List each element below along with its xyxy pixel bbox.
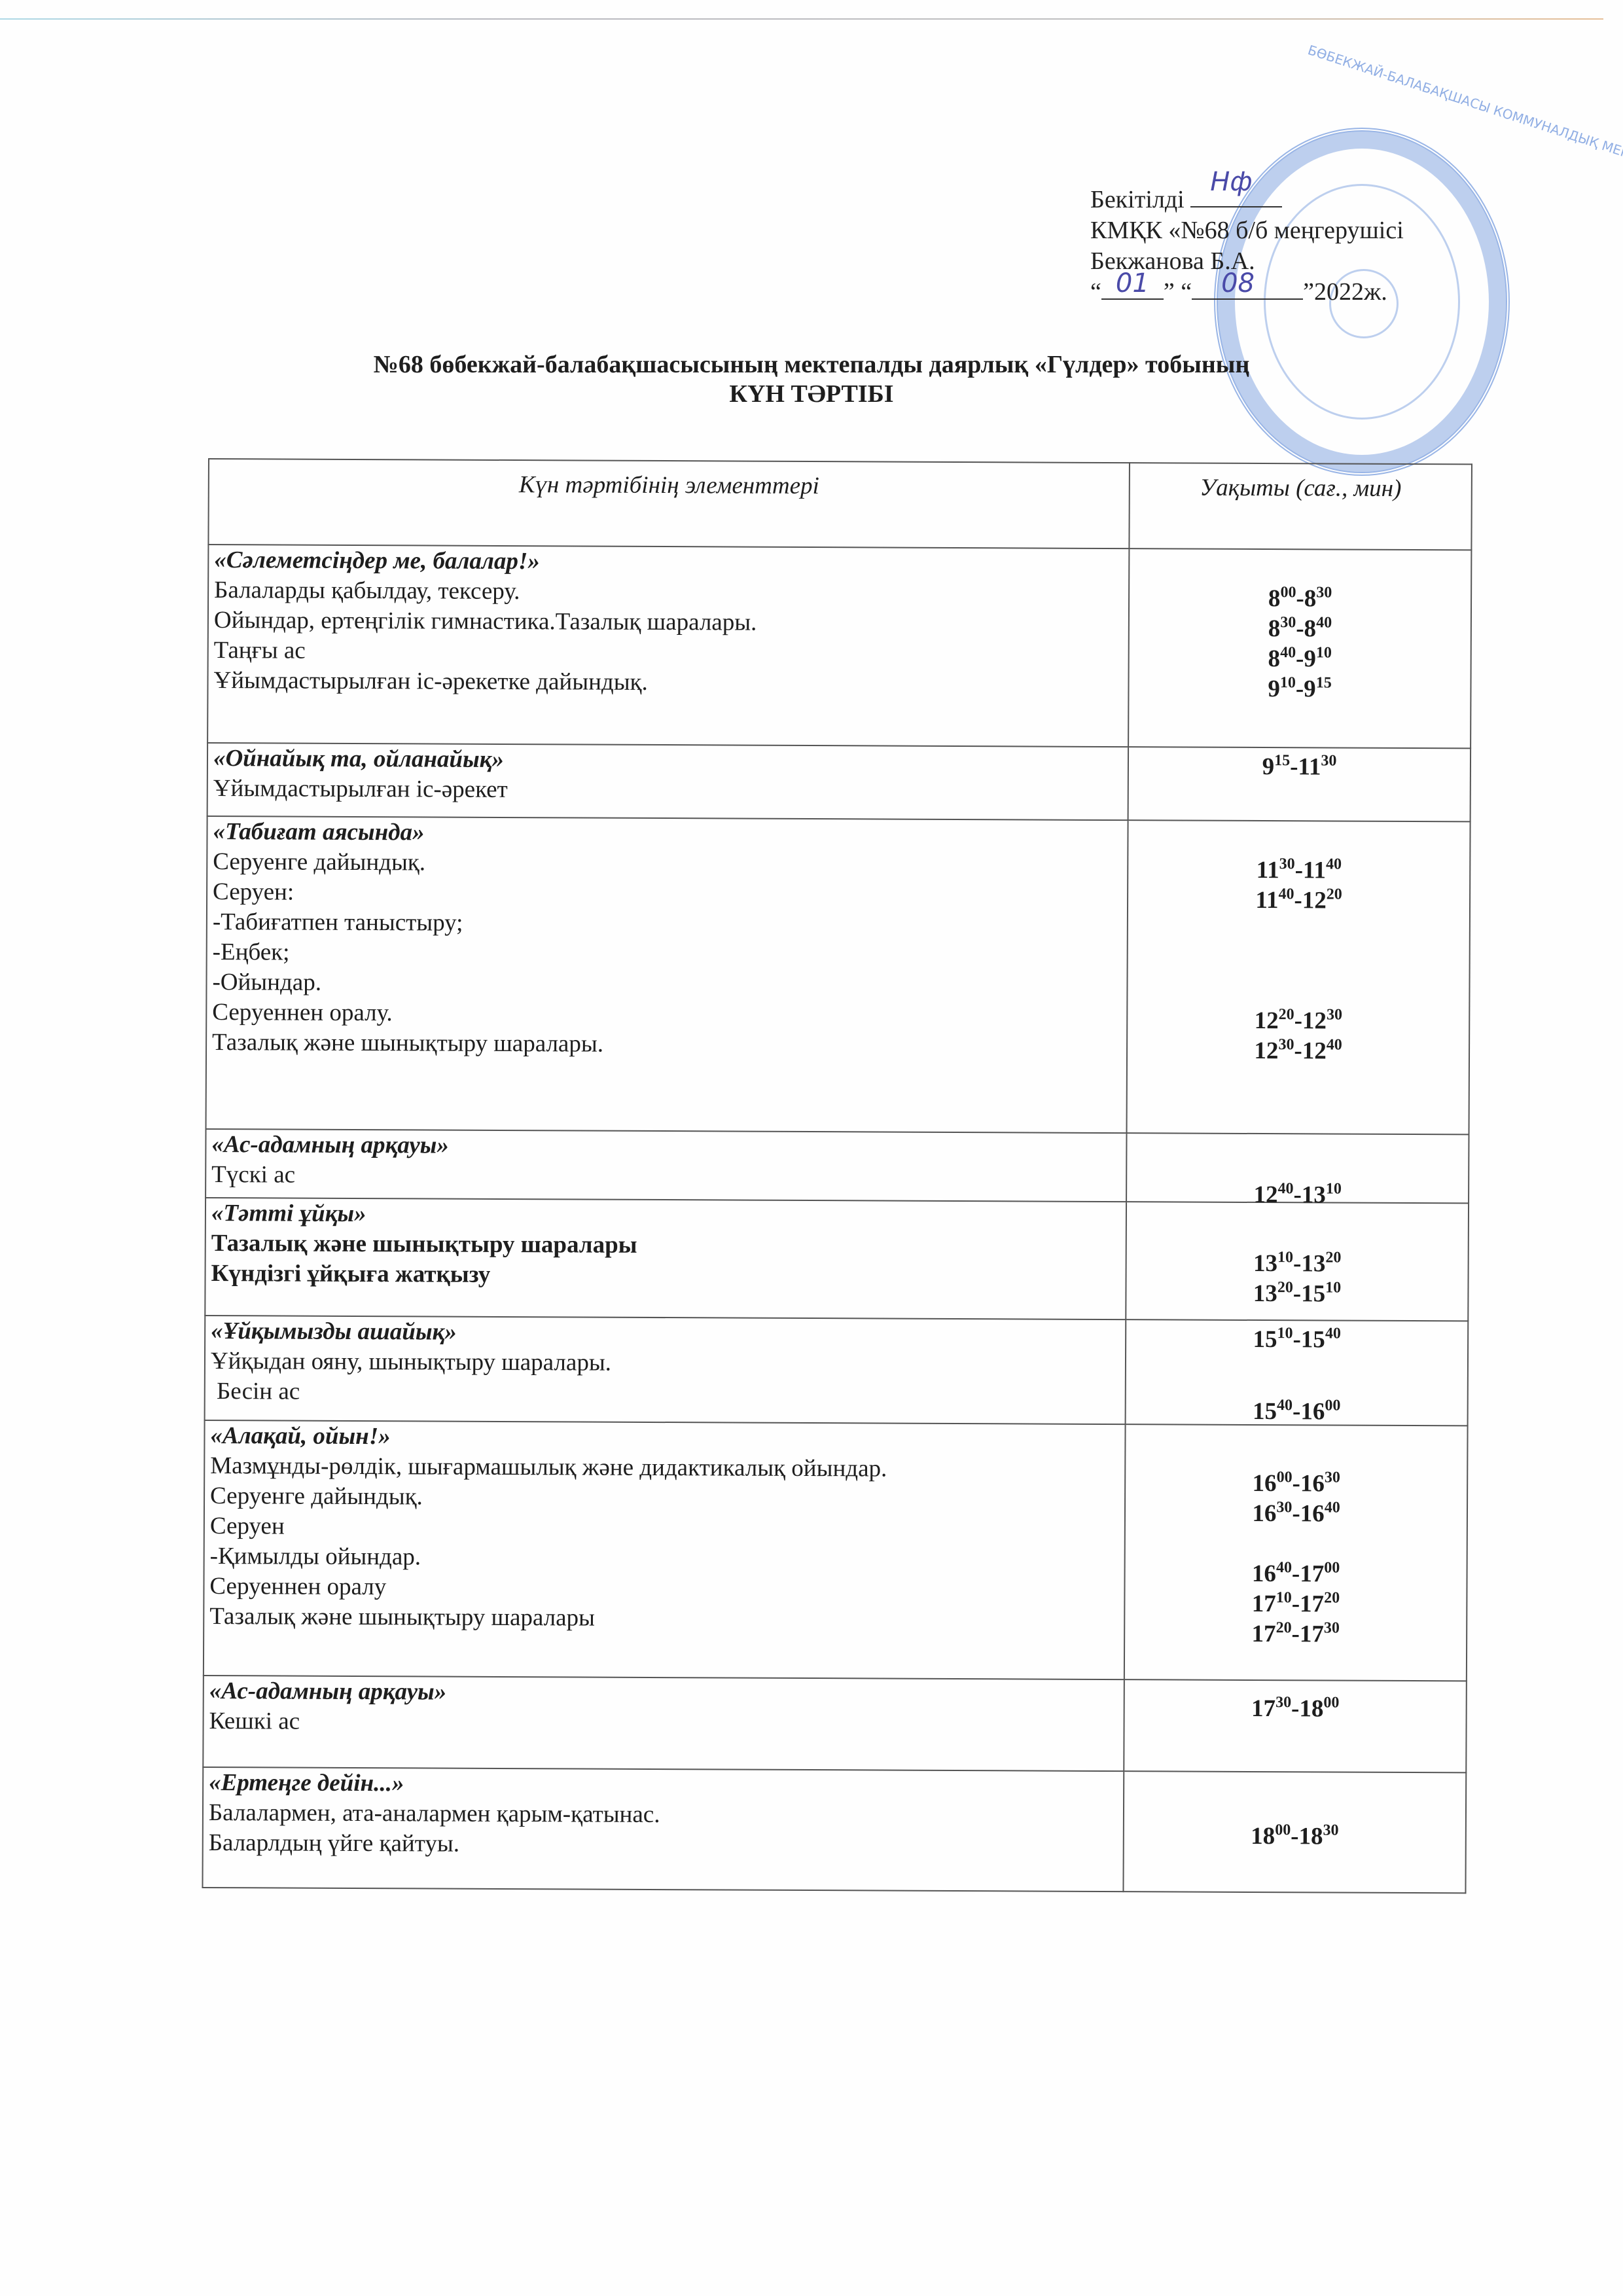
activity-cell: «Ас-адамның арқауы»Түскі ас [205,1129,1127,1202]
time-range: 1510-1540 [1126,1324,1467,1355]
time-from-hour: 17 [1251,1621,1275,1647]
scan-artifact-line [0,18,1603,20]
activity-item: Серуеннен оралу [209,1571,1118,1605]
time-to-hour: 9 [1304,645,1316,672]
time-separator: - [1294,887,1302,914]
section-title: «Ас-адамның арқауы» [209,1676,1118,1710]
time-to-hour: 8 [1304,615,1317,642]
time-separator: - [1296,675,1304,702]
time-to-hour: 12 [1302,1007,1327,1034]
time-cell: 1130-11401140-12201220-12301230-1240 [1127,820,1471,1134]
table-row: «Тәтті ұйқы»Тазалық және шынықтыру шарал… [205,1198,1469,1321]
activity-item: Баларлдың үйге қайтуы. [209,1828,1118,1862]
time-separator: - [1293,1399,1301,1426]
activity-cell: «Ойнайық та, ойланайық»Ұйымдастырылған і… [207,743,1129,820]
date-day: 01 [1116,268,1149,299]
table-row: «Сәлеметсіңдер ме, балалар!»Балаларды қа… [207,545,1471,748]
activity-item: Ұйқыдан ояну, шынықтыру шаралары. [211,1346,1120,1380]
time-to-minute: 20 [1324,1589,1340,1606]
time-separator: - [1295,857,1304,884]
time-cell: 800-830830-840840-910910-915 [1128,548,1471,748]
activity-item: Таңғы ас [214,636,1123,670]
activity-item: Ойындар, ертеңгілік гимнастика.Тазалық ш… [214,605,1123,639]
time-range: 1630-1640 [1126,1498,1467,1530]
time-to-minute: 20 [1327,886,1342,903]
activity-item: Балалармен, ата-аналармен қарым-қатынас. [209,1798,1118,1832]
activity-cell: «Ұйқымызды ашайық»Ұйқыдан ояну, шынықтыр… [205,1316,1126,1424]
time-range: 1130-1140 [1128,855,1469,886]
time-from-minute: 30 [1278,1036,1294,1053]
time-from-minute: 10 [1280,674,1296,691]
activity-item: Бесін ас [211,1376,1120,1410]
time-from-hour: 9 [1262,753,1275,780]
signature-field: Нф [1190,187,1282,207]
time-to-hour: 12 [1302,887,1327,914]
table-row: «Ұйқымызды ашайық»Ұйқыдан ояну, шынықтыр… [205,1316,1469,1426]
time-cell: 1240-1310 [1126,1133,1469,1203]
time-separator: - [1292,1470,1300,1497]
time-separator: - [1293,1281,1302,1308]
time-range: 1640-1700 [1126,1558,1467,1590]
time-to-minute: 10 [1325,1280,1341,1297]
time-from-minute: 20 [1277,1280,1293,1297]
activity-item: Серуен [210,1511,1119,1545]
time-from-hour: 17 [1252,1590,1276,1617]
time-from-hour: 16 [1252,1500,1276,1527]
time-from-minute: 40 [1278,886,1294,903]
activity-cell: «Алақай, ойын!»Мазмұнды-рөлдік, шығармаш… [204,1420,1126,1679]
time-from-minute: 30 [1275,1694,1291,1711]
activity-item: Балаларды қабылдау, тексеру. [214,575,1123,609]
section-title: «Тәтті ұйқы» [211,1198,1120,1232]
table-row: «Табиғат аясында»Серуенге дайындық.Серуе… [206,816,1471,1134]
daily-schedule-table: Күн тәртібінің элементтері Уақыты (сағ.,… [202,458,1472,1893]
time-to-minute: 40 [1316,614,1332,631]
time-from-minute: 20 [1276,1619,1292,1636]
time-to-hour: 16 [1300,1500,1325,1527]
time-to-minute: 10 [1316,644,1332,661]
time-range: 1230-1240 [1128,1035,1469,1067]
time-to-minute: 10 [1326,1181,1342,1198]
time-cell: 1510-15401540-1600 [1126,1319,1469,1426]
activity-item: Тазалық және шынықтыру шаралары [211,1229,1120,1263]
time-cell: 1310-13201320-1510 [1126,1202,1469,1321]
time-to-hour: 8 [1304,585,1317,612]
time-from-minute: 00 [1275,1821,1291,1839]
activity-item: Күндізгі ұйқыға жатқызу [211,1259,1120,1293]
time-from-minute: 30 [1280,614,1296,631]
time-to-hour: 16 [1300,1470,1325,1497]
time-cell: 915-1130 [1128,747,1471,821]
time-range: 830-840 [1130,613,1471,645]
time-from-hour: 11 [1257,857,1279,884]
time-separator: - [1296,645,1304,672]
time-to-minute: 40 [1325,1499,1340,1516]
section-title: «Сәлеметсіңдер ме, балалар!» [214,545,1123,579]
time-separator: - [1291,1823,1299,1850]
activity-item: Түскі ас [211,1160,1120,1194]
time-to-hour: 12 [1302,1037,1327,1064]
time-from-minute: 40 [1276,1559,1292,1576]
time-to-minute: 30 [1323,1821,1339,1839]
time-to-minute: 30 [1321,752,1336,769]
time-from-hour: 16 [1252,1470,1276,1497]
document-title: №68 бөбекжай-балабақшасысының мектепалды… [196,350,1427,379]
table-row: «Ас-адамның арқауы»Кешкі ас1730-1800 [203,1676,1467,1772]
table-header-row: Күн тәртібінің элементтері Уақыты (сағ.,… [208,459,1472,550]
time-from-hour: 15 [1253,1326,1277,1353]
time-to-hour: 18 [1298,1823,1323,1850]
time-separator: - [1291,1695,1300,1722]
section-title: «Ас-адамның арқауы» [211,1130,1120,1164]
table-row: «Ойнайық та, ойланайық»Ұйымдастырылған і… [207,743,1471,821]
section-title: «Алақай, ойын!» [210,1421,1119,1455]
time-range: 1600-1630 [1126,1468,1467,1499]
time-range: 1710-1720 [1125,1588,1466,1620]
time-range: 1720-1730 [1125,1619,1466,1650]
time-to-minute: 30 [1325,1469,1340,1486]
activity-item: Кешкі ас [209,1706,1118,1740]
time-from-hour: 8 [1268,585,1281,612]
time-to-hour: 17 [1300,1590,1324,1617]
time-from-hour: 9 [1268,675,1280,702]
time-from-minute: 40 [1277,1397,1293,1414]
time-from-minute: 00 [1277,1469,1293,1486]
time-range: 910-915 [1129,673,1470,705]
approved-line: Бекітілді Нф [1090,185,1404,215]
time-to-hour: 16 [1300,1399,1325,1426]
time-separator: - [1293,1326,1301,1353]
time-separator: - [1292,1500,1300,1527]
time-to-minute: 00 [1324,1559,1340,1576]
time-range: 915-1130 [1129,751,1470,783]
table-row: «Алақай, ойын!»Мазмұнды-рөлдік, шығармаш… [204,1420,1468,1681]
activity-cell: «Тәтті ұйқы»Тазалық және шынықтыру шарал… [205,1198,1126,1319]
section-title: «Ертеңге дейін...» [209,1768,1118,1802]
time-to-hour: 18 [1299,1695,1323,1722]
activity-item: -Еңбек; [213,937,1122,971]
time-range: 1220-1230 [1128,1005,1469,1037]
time-from-minute: 10 [1277,1325,1293,1342]
time-separator: - [1293,1251,1302,1278]
time-to-minute: 40 [1325,1325,1341,1342]
time-to-hour: 15 [1301,1281,1325,1308]
time-from-hour: 18 [1251,1823,1275,1850]
time-from-minute: 20 [1279,1006,1294,1023]
date-month: 08 [1221,268,1255,299]
activity-item: Ұйымдастырылған іс-әрекет [213,774,1122,808]
time-from-minute: 10 [1277,1249,1293,1266]
time-cell: 1600-16301630-16401640-17001710-17201720… [1124,1424,1468,1681]
signature: Нф [1210,167,1252,198]
table-row: «Ас-адамның арқауы»Түскі ас1240-1310 [205,1129,1469,1203]
activity-cell: «Табиғат аясында»Серуенге дайындық.Серуе… [206,816,1128,1133]
time-separator: - [1296,585,1304,612]
activity-item: -Табиғатпен таныстыру; [213,907,1122,941]
activity-item: Тазалық және шынықтыру шаралары [209,1602,1118,1636]
time-separator: - [1294,1007,1303,1034]
time-from-hour: 16 [1252,1560,1276,1587]
time-range: 1730-1800 [1125,1693,1466,1725]
time-from-hour: 11 [1255,887,1278,914]
time-to-hour: 11 [1303,857,1326,884]
time-to-hour: 9 [1304,675,1316,702]
time-from-minute: 30 [1279,855,1295,872]
activity-item: -Қимылды ойындар. [210,1541,1119,1575]
header-time: Уақыты (сағ., мин) [1130,463,1472,550]
time-to-hour: 17 [1300,1560,1324,1587]
time-range: 840-910 [1130,643,1471,675]
approved-label: Бекітілді [1090,186,1185,213]
time-range: 800-830 [1130,583,1471,615]
activity-cell: «Ас-адамның арқауы»Кешкі ас [203,1676,1124,1771]
time-from-minute: 40 [1277,1181,1293,1198]
time-from-minute: 15 [1274,752,1290,769]
section-title: «Ұйқымызды ашайық» [211,1316,1120,1350]
activity-item: Серуеннен оралу. [212,997,1121,1031]
time-to-minute: 30 [1316,584,1332,601]
time-to-minute: 40 [1326,855,1342,872]
time-to-minute: 00 [1325,1397,1340,1414]
time-from-hour: 8 [1268,645,1280,672]
time-to-minute: 30 [1324,1619,1340,1636]
activity-item: Тазалық және шынықтыру шаралары. [212,1028,1121,1062]
activity-cell: «Ертеңге дейін...»Балалармен, ата-аналар… [202,1767,1124,1892]
time-from-hour: 15 [1253,1398,1277,1425]
activity-item: Мазмұнды-рөлдік, шығармашылық және дидак… [210,1451,1119,1485]
time-from-hour: 13 [1253,1280,1277,1307]
document-subtitle: КҮН ТӘРТІБІ [196,380,1427,408]
activity-item: Серуенге дайындық. [210,1481,1119,1515]
time-from-hour: 17 [1251,1695,1275,1722]
time-separator: - [1292,1590,1300,1617]
date-day-field: 01 [1101,279,1164,300]
time-to-minute: 00 [1323,1694,1339,1711]
time-from-hour: 12 [1254,1037,1278,1064]
time-from-hour: 12 [1255,1007,1279,1034]
header-elements: Күн тәртібінің элементтері [208,459,1130,548]
time-to-minute: 40 [1327,1036,1342,1053]
time-from-minute: 00 [1280,584,1296,601]
table-body: «Сәлеметсіңдер ме, балалар!»Балаларды қа… [202,545,1471,1893]
time-separator: - [1292,1560,1300,1587]
time-from-hour: 13 [1253,1250,1277,1277]
time-to-minute: 20 [1325,1249,1341,1266]
time-range: 1310-1320 [1127,1249,1468,1280]
time-from-minute: 10 [1276,1589,1292,1606]
activity-item: Серуенге дайындық. [213,847,1122,881]
time-cell: 1800-1830 [1124,1771,1467,1893]
activity-item: -Ойындар. [212,967,1121,1001]
time-to-hour: 15 [1301,1326,1325,1353]
activity-item: Серуен: [213,877,1122,911]
time-cell: 1730-1800 [1124,1679,1466,1772]
time-to-minute: 30 [1327,1006,1342,1023]
time-separator: - [1291,1621,1300,1647]
time-from-minute: 40 [1280,644,1296,661]
table-row: «Ертеңге дейін...»Балалармен, ата-аналар… [202,1767,1466,1893]
date-year: ”2022ж. [1303,278,1387,306]
activity-cell: «Сәлеметсіңдер ме, балалар!»Балаларды қа… [207,545,1129,747]
approval-block: Бекітілді Нф КМҚК «№68 б/б меңгерушісі Б… [1090,185,1404,308]
time-to-hour: 11 [1298,753,1321,780]
time-from-hour: 8 [1268,615,1281,642]
date-month-field: 08 [1192,279,1303,300]
time-range: 1540-1600 [1126,1397,1467,1428]
time-separator: - [1294,1037,1302,1064]
activity-item: Ұйымдастырылған іс-әрекетке дайындық. [213,666,1122,700]
time-separator: - [1290,753,1298,780]
time-to-hour: 17 [1300,1621,1324,1647]
time-to-hour: 13 [1301,1251,1325,1278]
time-to-minute: 15 [1316,674,1332,691]
section-title: «Табиғат аясында» [213,817,1122,851]
time-range: 1140-1220 [1128,885,1469,916]
time-from-minute: 30 [1276,1499,1292,1516]
time-range: 1800-1830 [1124,1821,1465,1852]
org-line: КМҚК «№68 б/б меңгерушісі [1090,215,1404,246]
time-range: 1320-1510 [1126,1279,1467,1310]
date-line: “01” “08”2022ж. [1090,277,1404,308]
section-title: «Ойнайық та, ойланайық» [213,744,1122,778]
time-separator: - [1296,615,1304,642]
